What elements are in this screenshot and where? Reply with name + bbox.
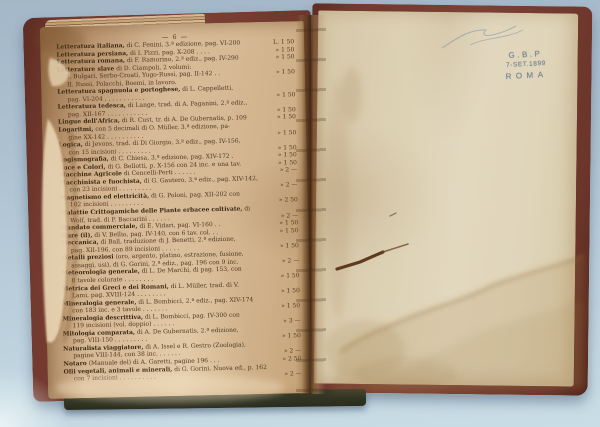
catalog-line-price: » 1 50 — [276, 91, 295, 99]
catalog-line-price: » 1 50 — [277, 129, 296, 137]
date-stamp: G.B.P 7-SET.1899 ROMA — [491, 47, 561, 83]
catalog-line-price: » 2 — — [280, 182, 297, 190]
catalog-line-price: » 2 — — [280, 167, 297, 175]
catalog-lines: Letteratura italiana, di C. Fenini, 3.ª … — [56, 38, 302, 383]
catalog-text-block: — 6 — Letteratura italiana, di C. Fenini… — [56, 30, 302, 383]
photo-of-open-book: — 6 — Letteratura italiana, di C. Fenini… — [0, 0, 600, 427]
left-page: — 6 — Letteratura italiana, di C. Fenini… — [40, 21, 312, 399]
catalog-line-text: con 7 incisioni . . . . . . . . . . — [64, 374, 156, 384]
catalog-line-price: » 1 50 — [276, 68, 295, 76]
catalog-line-price: » 1 50 — [276, 53, 295, 61]
binding-gutter — [296, 15, 326, 394]
catalog-line-price: » 1 50 — [277, 114, 296, 122]
